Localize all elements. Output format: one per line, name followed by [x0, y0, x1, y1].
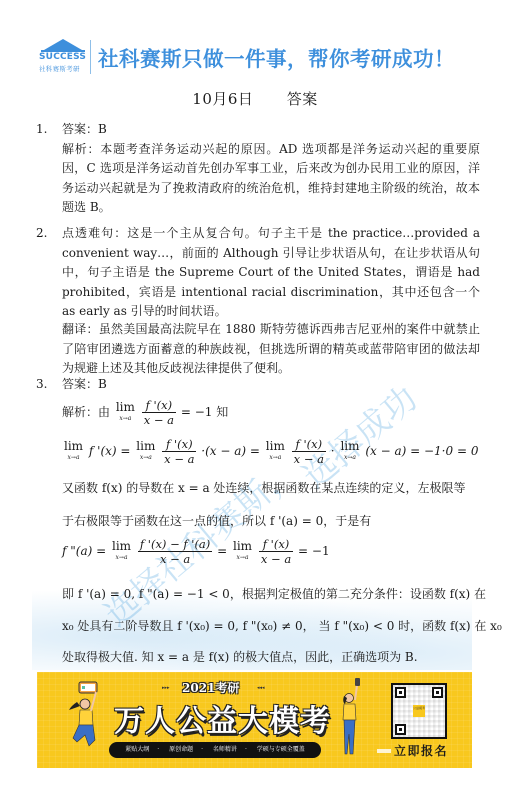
- logo-word: SUCCESS: [39, 52, 86, 62]
- banner-arrows-right: ◂◂◂: [257, 685, 265, 691]
- title-label: 答案: [287, 90, 318, 108]
- banner-features-pill: 紧贴大纲· 原创命题· 名师精讲· 学硕与专硕全覆盖: [109, 742, 321, 758]
- fraction: f '(x)x − a: [162, 437, 196, 466]
- jumping-girl-with-tablet-icon: [65, 680, 105, 756]
- q1-answer: 答案：B: [62, 120, 107, 140]
- feature-3: 名师精讲: [213, 746, 237, 753]
- q3-line5: f "(a) = limx→a f '(x) − f '(a)x − a = l…: [62, 537, 330, 566]
- q3-line1: 解析：由 limx→a f '(x)x − a = −1 知: [62, 398, 228, 427]
- title-date: 10月6日: [192, 90, 253, 108]
- feature-4: 学硕与专硕全覆盖: [257, 746, 305, 753]
- logo-subtitle: 社科赛斯考研: [39, 64, 80, 73]
- limit-symbol: limx→a: [266, 441, 285, 463]
- banner-headline: 万人公益大模考: [114, 696, 331, 740]
- fraction: f '(x)x − a: [142, 398, 176, 427]
- decorative-steps: [377, 749, 391, 753]
- q1-number: 1.: [36, 120, 47, 140]
- q3-line4: 于右极限等于函数在这一点的值，所以 f '(a) = 0，于是有: [62, 512, 371, 532]
- limit-symbol: limx→a: [116, 402, 135, 424]
- q3-line3: 又函数 f(x) 的导数在 x = a 处连续，根据函数在某点连续的定义，左极限…: [62, 479, 465, 499]
- mock-exam-banner[interactable]: ▸▸▸ 2021考研 ◂◂◂ 万人公益大模考 紧贴大纲· 原创命题· 名师精讲·…: [37, 672, 472, 768]
- banner-arrows-left: ▸▸▸: [162, 685, 170, 691]
- q3-line8: 处取得极大值. 知 x = a 是 f(x) 的极大值点，因此，正确选项为 B.: [62, 648, 418, 668]
- limit-symbol: limx→a: [233, 541, 252, 563]
- q3-answer: 答案：B: [62, 375, 107, 395]
- limit-symbol: limx→a: [340, 441, 359, 463]
- header-divider: [90, 40, 91, 74]
- q2-analysis: 点透难句：这是一个主从复合句。句子主干是 the practice…provid…: [62, 224, 480, 322]
- qr-center-label: 公益模考: [413, 705, 425, 717]
- q2-number: 2.: [36, 224, 47, 244]
- q3-line7: x₀ 处具有二阶导数且 f '(x₀) = 0, f "(x₀) ≠ 0， 当 …: [62, 617, 502, 637]
- q1-analysis: 解析：本题考查洋务运动兴起的原因。AD 选项都是洋务运动兴起的重要原因，C 选项…: [62, 140, 480, 218]
- page-header: SUCCESS 社科赛斯考研 社科赛斯只做一件事，帮你考研成功！: [30, 36, 490, 76]
- q3-number: 3.: [36, 375, 47, 395]
- success-logo: SUCCESS 社科赛斯考研: [34, 36, 90, 76]
- q2-translation: 翻译：虽然美国最高法院早在 1880 斯特劳德诉西弗吉尼亚州的案件中就禁止了陪审…: [62, 320, 480, 379]
- limit-symbol: limx→a: [136, 441, 155, 463]
- q3-line2: limx→a f '(x) = limx→a f '(x)x − a ·(x −…: [62, 437, 478, 466]
- page-title: 10月6日 答案: [0, 88, 510, 109]
- fraction: f '(x)x − a: [292, 437, 326, 466]
- feature-2: 原创命题: [169, 746, 193, 753]
- roof-icon: [44, 39, 82, 50]
- fraction: f '(x)x − a: [259, 537, 293, 566]
- header-slogan: 社科赛斯只做一件事，帮你考研成功！: [98, 42, 455, 72]
- limit-symbol: limx→a: [112, 541, 131, 563]
- q3-l1-prefix: 解析：由: [62, 405, 110, 419]
- q3-l1-suffix: = −1 知: [181, 405, 228, 419]
- limit-symbol: limx→a: [64, 441, 83, 463]
- register-now-button[interactable]: 立即报名: [394, 742, 448, 759]
- banner-year: 2021考研: [182, 679, 239, 696]
- q3-line6: 即 f '(a) = 0, f "(a) = −1 < 0，根据判定极值的第二充…: [62, 585, 486, 605]
- fraction: f '(x) − f '(a)x − a: [138, 537, 212, 566]
- qr-code[interactable]: 公益模考: [391, 683, 447, 739]
- feature-1: 紧贴大纲: [125, 746, 149, 753]
- standing-girl-with-phone-icon: [337, 674, 367, 760]
